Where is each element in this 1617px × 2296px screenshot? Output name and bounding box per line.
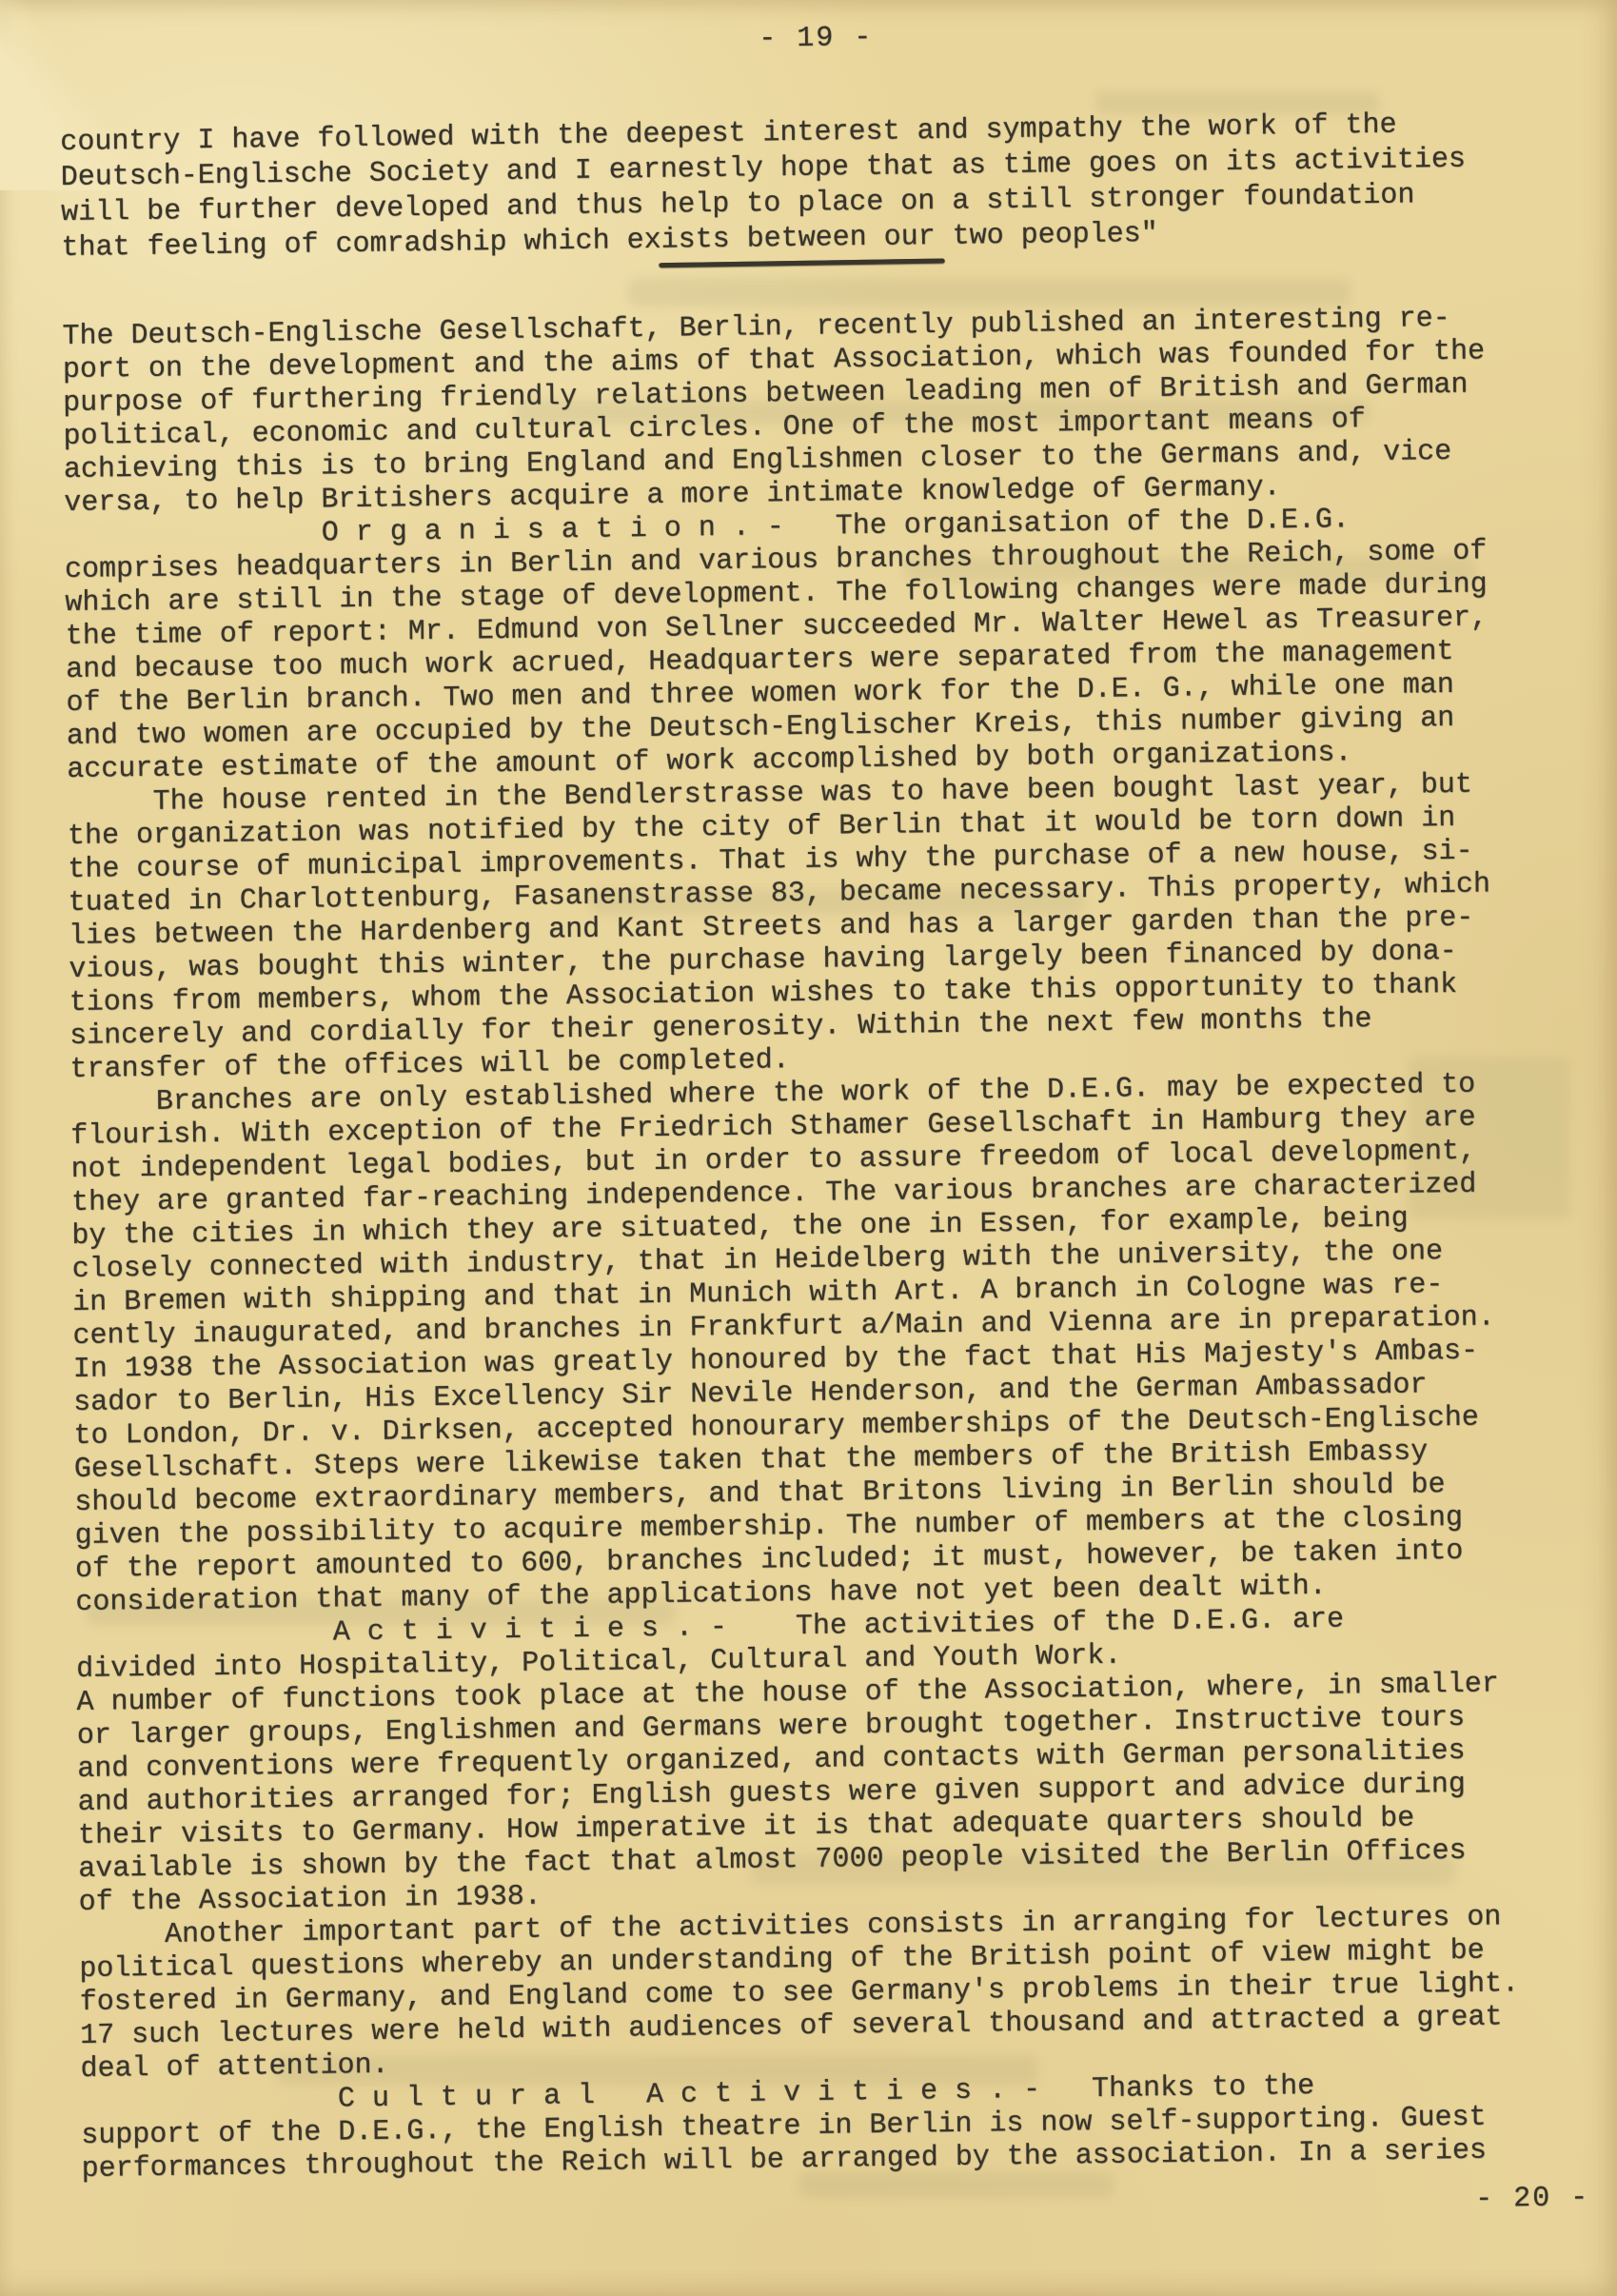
body-text: The Deutsch-Englische Gesellschaft, Berl… (62, 301, 1595, 2187)
section-divider-rule (660, 258, 945, 267)
typewritten-content: - 19 - country I have followed with the … (59, 0, 1595, 2234)
page-number-top: - 19 - (59, 12, 1572, 65)
quote-paragraph: country I have followed with the deepest… (60, 106, 1575, 267)
page-number-bottom: - 20 - (82, 2182, 1595, 2234)
document-page: - 19 - country I have followed with the … (0, 0, 1617, 2296)
